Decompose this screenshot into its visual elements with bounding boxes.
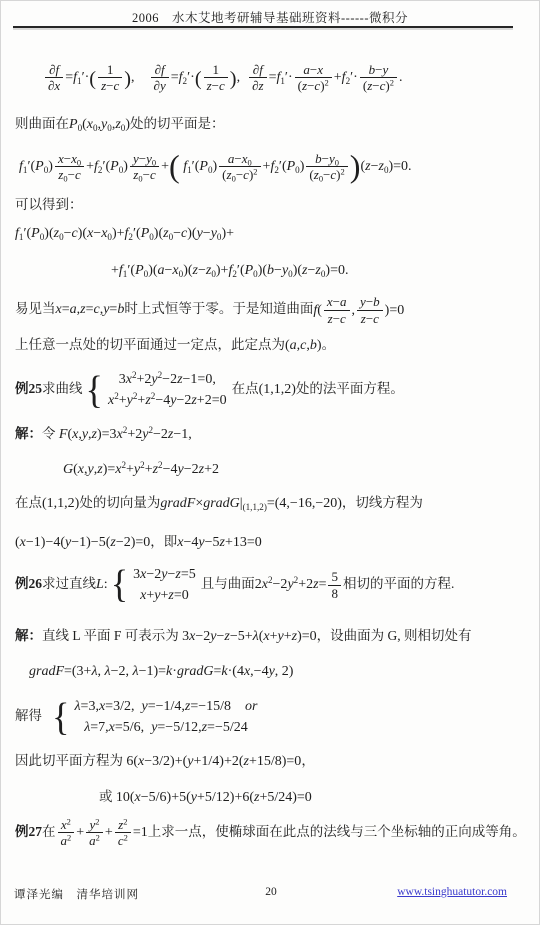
formula-line: ∂f∂x=f1′·(1z−c), ∂f∂y=f2′·(1z−c), ∂f∂z=f… [1,62,540,94]
math-segment: x−4y−5z+13=0 [177,535,262,550]
formula-line: 上任意一点处的切平面通过一定点，此定点为(a,c,b)。 [1,336,540,355]
math-segment: (a,c,b) [285,338,322,353]
math-segment: f1′(P0)(z0−c)(x−x0)+f2′(P0)(z0−c)(y−y0)+ [15,226,234,241]
math-segment: +f1′(P0)(a−x0)(z−z0)+f2′(P0)(b−y0)(z−z0)… [111,263,348,278]
bold-label: 解： [15,426,42,441]
text-segment: ，切线方程为 [342,495,423,510]
formula-line: f1′(P0)x−x0z0−c+f2′(P0)y−y0z0−c+( f1′(P0… [1,151,540,183]
text-segment: 因此切平面方程为 [15,753,126,768]
formula-line: 解得 {λ=3,x=3/2, y=−1/4,z=−15/8 orλ=7,x=5/… [1,696,540,738]
header-title: 2006 水木艾地考研辅导基础班资料------微积分 [132,11,408,25]
math-segment: (x−1)−4(y−1)−5(z−2)=0 [15,535,150,550]
document-body: ∂f∂x=f1′·(1z−c), ∂f∂y=f2′·(1z−c), ∂f∂z=f… [1,28,540,849]
text-segment: ， [301,753,315,768]
math-segment: ∂f∂x=f1′·(1z−c), ∂f∂y=f2′·(1z−c), ∂f∂z=f… [43,70,402,85]
math-segment: f(x−az−c,y−bz−c)=0 [313,303,404,318]
page-footer: 谭泽光编 清华培训网 20 www.tsinghuatutor.com [1,886,540,904]
math-segment: 10(x−5/6)+5(y+5/12)+6(z+5/24)=0 [116,790,312,805]
formula-line: 例25求曲线{3x2+2y2−2z−1=0,x2+y2+z2−4y−2z+2=0… [1,369,540,411]
formula-line: 解：直线 L 平面 F 可表示为 3x−2y−z−5+λ(x+y+z)=0，设曲… [1,627,540,646]
text-segment: 。 [322,337,336,352]
math-segment: F(x,y,z)=3x2+2y2−2z−1, [59,427,192,442]
case-brace: { [52,709,69,726]
formula-line: 解：令 F(x,y,z)=3x2+2y2−2z−1, [1,425,540,444]
math-segment: gradF=(3+λ, λ−2, λ−1)=k·gradG=k·(4x,−4y,… [29,664,293,679]
formula-line: 在点(1,1,2)处的切向量为gradF×gradG|(1,1,2)=(4,−1… [1,494,540,513]
math-segment: {λ=3,x=3/2, y=−1/4,z=−15/8 orλ=7,x=5/6, … [42,710,262,725]
math-segment: 6(x−3/2)+(y+1/4)+2(z+15/8)=0 [126,754,301,769]
text-segment: 处的法平面方程。 [296,382,404,397]
text-segment: 求曲线 [42,382,83,397]
text-segment: 可以得到： [15,197,83,212]
text-segment: 令 [42,426,59,441]
text-segment: ，设曲面为 G, 则相切处有 [317,628,472,643]
footer-link[interactable]: www.tsinghuatutor.com [397,886,507,898]
math-segment: (1,1,2) [259,383,296,398]
text-segment: 时上式恒等于零。于是知道曲面 [124,302,313,317]
formula-line: 则曲面在P0(x0,y0,z0)处的切平面是： [1,115,540,134]
page-header: 2006 水木艾地考研辅导基础班资料------微积分 [1,8,539,26]
text-segment: 则曲面在 [15,116,69,131]
math-segment: P0(x0,y0,z0) [69,117,130,132]
formula-line: 因此切平面方程为 6(x−3/2)+(y+1/4)+2(z+15/8)=0， [1,752,540,771]
formula-line: (x−1)−4(y−1)−5(z−2)=0，即x−4y−5z+13=0 [1,533,540,552]
text-segment: 且与曲面 [201,576,255,591]
bold-label: 例27 [15,824,42,839]
math-segment: G(x,y,z)=x2+y2+z2−4y−2z+2 [63,462,219,477]
text-segment: 直线 L 平面 F 可表示为 [42,628,182,643]
math-segment: (1,1,2) [42,496,79,511]
math-segment: {3x2+2y2−2z−1=0,x2+y2+z2−4y−2z+2=0 [83,383,232,398]
text-segment: 易见当 [15,302,56,317]
text-segment: 解得 [15,709,42,724]
text-segment: 在点 [232,382,259,397]
formula-line: +f1′(P0)(a−x0)(z−z0)+f2′(P0)(b−y0)(z−z0)… [1,261,540,280]
formula-line: f1′(P0)(z0−c)(x−x0)+f2′(P0)(z0−c)(y−y0)+ [1,224,540,243]
text-segment: 或 [99,789,116,804]
bold-label: 例26 [15,576,42,591]
case-brace: { [86,382,103,399]
bold-label: 例25 [15,382,42,397]
formula-line: 例27在x2a2+y2a2+z2c2=1上求一点，使椭球面在此点的法线与三个坐标… [1,817,540,849]
text-segment: 处的切平面是： [130,116,225,131]
text-segment: 处的切向量为 [79,495,160,510]
text-segment: 在点 [15,495,42,510]
math-segment: x2a2+y2a2+z2c2=1 [56,825,148,840]
formula-line: 例26求过直线L:{3x−2y−z=5x+y+z=0且与曲面2x2−2y2+2z… [1,564,540,606]
text-segment: 在 [42,824,56,839]
formula-line: gradF=(3+λ, λ−2, λ−1)=k·gradG=k·(4x,−4y,… [1,662,540,681]
math-segment: L:{3x−2y−z=5x+y+z=0 [96,577,201,592]
text-segment: 上求一点，使椭球面在此点的法线与三个坐标轴的正向成等角。 [148,824,526,839]
formula-line: G(x,y,z)=x2+y2+z2−4y−2z+2 [1,460,540,479]
math-segment: x=a,z=c,y=b [56,303,125,318]
math-segment: f1′(P0)x−x0z0−c+f2′(P0)y−y0z0−c+( f1′(P0… [19,159,412,174]
math-segment: 3x−2y−z−5+λ(x+y+z)=0 [182,629,317,644]
formula-line: 易见当x=a,z=c,y=b时上式恒等于零。于是知道曲面f(x−az−c,y−b… [1,294,540,326]
text-segment: 上任意一点处的切平面通过一定点，此定点为 [15,337,285,352]
math-segment: gradF×gradG|(1,1,2)=(4,−16,−20) [160,496,342,511]
text-segment: 求过直线 [42,576,96,591]
text-segment: ，即 [150,534,177,549]
math-segment: 2x2−2y2+2z=58 [255,577,343,592]
case-brace: { [111,577,128,594]
bold-label: 解： [15,628,42,643]
text-segment: 相切的平面的方程. [343,576,454,591]
text-line: 可以得到： [1,196,540,214]
formula-line: 或 10(x−5/6)+5(y+5/12)+6(z+5/24)=0 [1,788,540,807]
